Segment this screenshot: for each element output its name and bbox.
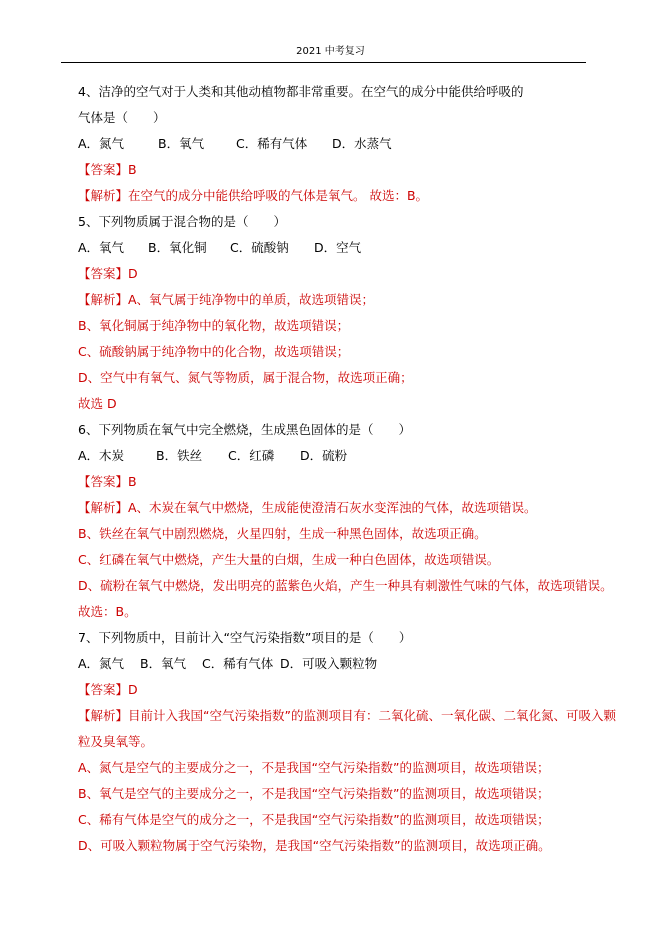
analysis-text: B、氧气是空气的主要成分之一，不是我国“空气污染指数”的监测项目，故选项错误； [78,784,598,810]
option-a: A．氮气 [78,654,140,674]
option-c: C．稀有气体 [236,134,332,154]
option-c: C．硫酸钠 [230,238,314,258]
option-b: B．氧气 [158,134,236,154]
analysis-text: D、可吸入颗粒物属于空气污染物，是我国“空气污染指数”的监测项目，故选项正确。 [78,836,598,862]
option-d: D．硫粉 [300,446,360,466]
option-a: A．木炭 [78,446,156,466]
option-a: A．氧气 [78,238,148,258]
answer-options: A．氧气B．氧化铜C．硫酸钠D．空气 [78,238,598,264]
question-text: 6、下列物质在氧气中完全燃烧，生成黑色固体的是（ ） [78,420,598,446]
option-b: B．氧气 [140,654,202,674]
answer-text: 【答案】B [78,160,598,186]
header-divider [61,62,586,63]
question-text: 5、下列物质属于混合物的是（ ） [78,212,598,238]
answer-text: 【答案】D [78,264,598,290]
option-c: C．红磷 [228,446,300,466]
question-text: 7、下列物质中，目前计入“空气污染指数”项目的是（ ） [78,628,598,654]
option-d: D．空气 [314,238,394,258]
answer-text: 【答案】B [78,472,598,498]
document-body: 4、洁净的空气对于人类和其他动植物都非常重要。在空气的成分中能供给呼吸的气体是（… [78,82,598,862]
option-d: D．可吸入颗粒物 [280,654,370,674]
analysis-text: C、稀有气体是空气的成分之一，不是我国“空气污染指数”的监测项目，故选项错误； [78,810,598,836]
analysis-text: A、氮气是空气的主要成分之一，不是我国“空气污染指数”的监测项目，故选项错误； [78,758,598,784]
answer-options: A．氮气B．氧气C．稀有气体D．可吸入颗粒物 [78,654,598,680]
option-a: A．氮气 [78,134,158,154]
analysis-text: 【解析】在空气的成分中能供给呼吸的气体是氧气。 故选：B。 [78,186,598,212]
analysis-text: D、空气中有氧气、氮气等物质，属于混合物，故选项正确； [78,368,598,394]
analysis-text: B、铁丝在氧气中剧烈燃烧，火星四射，生成一种黑色固体，故选项正确。 [78,524,598,550]
analysis-text: C、红磷在氧气中燃烧，产生大量的白烟，生成一种白色固体，故选项错误。 [78,550,598,576]
analysis-text: C、硫酸钠属于纯净物中的化合物，故选项错误； [78,342,598,368]
analysis-text: 故选 D [78,394,598,420]
analysis-text: 【解析】A、木炭在氧气中燃烧，生成能使澄清石灰水变浑浊的气体，故选项错误。 [78,498,598,524]
analysis-text: 故选：B。 [78,602,598,628]
option-b: B．铁丝 [156,446,228,466]
option-d: D．水蒸气 [332,134,412,154]
analysis-text: D、硫粉在氧气中燃烧，发出明亮的蓝紫色火焰，产生一种具有刺激性气味的气体，故选项… [78,576,598,602]
option-b: B．氧化铜 [148,238,230,258]
analysis-text: 粒及臭氧等。 [78,732,598,758]
analysis-text: 【解析】A、氧气属于纯净物中的单质，故选项错误； [78,290,598,316]
analysis-text: 【解析】目前计入我国“空气污染指数”的监测项目有：二氧化硫、一氧化碳、二氧化氮、… [78,706,598,732]
answer-text: 【答案】D [78,680,598,706]
answer-options: A．氮气B．氧气C．稀有气体D．水蒸气 [78,134,598,160]
analysis-text: B、氧化铜属于纯净物中的氧化物，故选项错误； [78,316,598,342]
page-header: 2021 中考复习 [0,46,661,58]
question-text: 4、洁净的空气对于人类和其他动植物都非常重要。在空气的成分中能供给呼吸的 [78,82,598,108]
option-c: C．稀有气体 [202,654,280,674]
answer-options: A．木炭B．铁丝C．红磷D．硫粉 [78,446,598,472]
question-text: 气体是（ ） [78,108,598,134]
